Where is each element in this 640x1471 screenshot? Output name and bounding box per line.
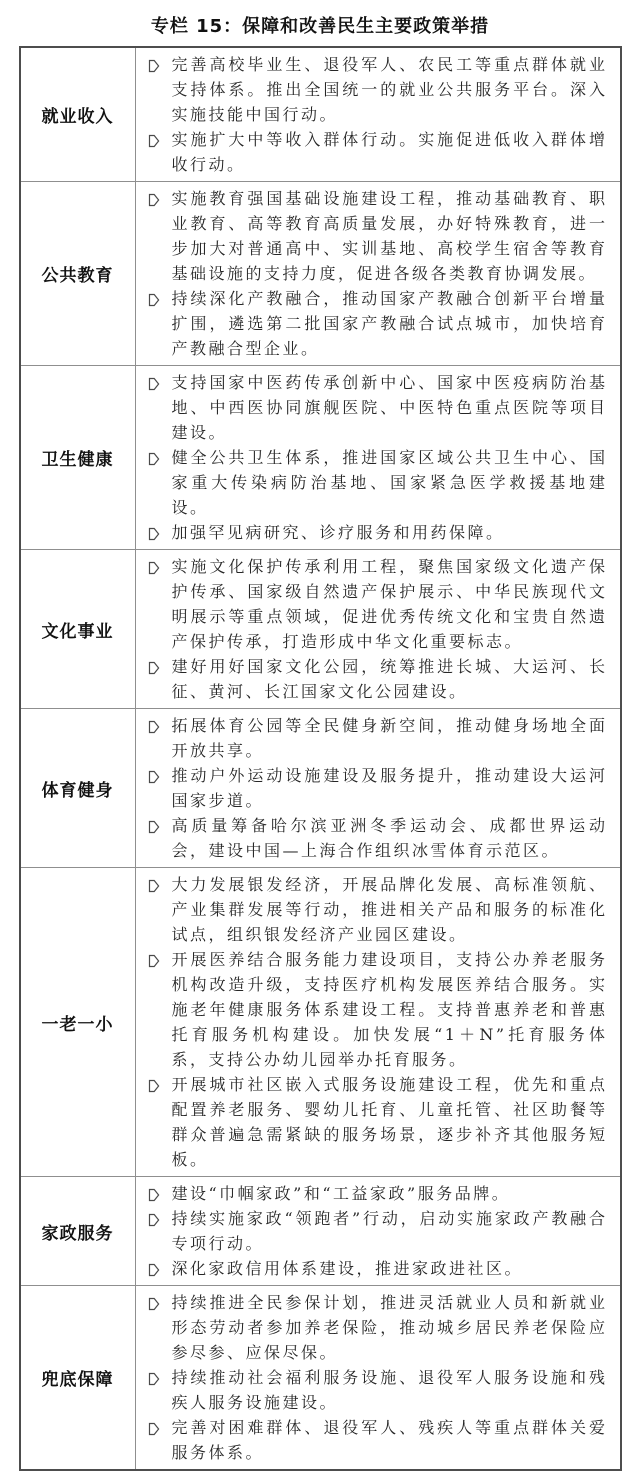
table-row: 公共教育 实施教育强国基础设施建设工程，推动基础教育、职业教育、高等教育高质量发… <box>20 182 621 366</box>
table-row: 兜底保障 持续推进全民参保计划，推进灵活就业人员和新就业形态劳动者参加养老保险，… <box>20 1286 621 1471</box>
arrow-bullet-icon <box>143 1290 172 1315</box>
policy-item: 开展城市社区嵌入式服务设施建设工程，优先和重点配置养老服务、婴幼儿托育、儿童托管… <box>143 1072 608 1172</box>
policy-item: 支持国家中医药传承创新中心、国家中医疫病防治基地、中西医协同旗舰医院、中医特色重… <box>143 370 608 445</box>
policy-item: 建好用好国家文化公园，统筹推进长城、大运河、长征、黄河、长江国家文化公园建设。 <box>143 654 608 704</box>
category-label: 文化事业 <box>42 622 114 642</box>
policy-item-text: 支持国家中医药传承创新中心、国家中医疫病防治基地、中西医协同旗舰医院、中医特色重… <box>172 370 608 445</box>
measures-cell: 持续推进全民参保计划，推进灵活就业人员和新就业形态劳动者参加养老保险，推动城乡居… <box>135 1286 621 1471</box>
arrow-bullet-icon <box>143 1206 172 1231</box>
policy-item: 实施文化保护传承利用工程，聚焦国家级文化遗产保护传承、国家级自然遗产保护展示、中… <box>143 554 608 654</box>
category-label: 一老一小 <box>42 1015 114 1035</box>
measures-cell: 完善高校毕业生、退役军人、农民工等重点群体就业支持体系。推出全国统一的就业公共服… <box>135 47 621 182</box>
measures-cell: 拓展体育公园等全民健身新空间，推动健身场地全面开放共享。 推动户外运动设施建设及… <box>135 709 621 868</box>
measures-cell: 建设“巾帼家政”和“工益家政”服务品牌。 持续实施家政“领跑者”行动，启动实施家… <box>135 1177 621 1286</box>
page-title: 专栏 15：保障和改善民生主要政策举措 <box>0 0 640 46</box>
policy-item-text: 建好用好国家文化公园，统筹推进长城、大运河、长征、黄河、长江国家文化公园建设。 <box>172 654 608 704</box>
arrow-bullet-icon <box>143 186 172 211</box>
arrow-bullet-icon <box>143 1181 172 1206</box>
arrow-bullet-icon <box>143 872 172 897</box>
arrow-bullet-icon <box>143 445 172 470</box>
category-cell: 一老一小 <box>20 868 136 1177</box>
category-label: 家政服务 <box>42 1224 114 1244</box>
arrow-bullet-icon <box>143 1072 172 1097</box>
arrow-bullet-icon <box>143 370 172 395</box>
policy-item-text: 完善高校毕业生、退役军人、农民工等重点群体就业支持体系。推出全国统一的就业公共服… <box>172 52 608 127</box>
measures-cell: 大力发展银发经济，开展品牌化发展、高标准领航、产业集群发展等行动，推进相关产品和… <box>135 868 621 1177</box>
arrow-bullet-icon <box>143 127 172 152</box>
policy-table-body: 就业收入 完善高校毕业生、退役军人、农民工等重点群体就业支持体系。推出全国统一的… <box>20 47 621 1470</box>
category-label: 公共教育 <box>42 266 114 286</box>
policy-item-text: 实施教育强国基础设施建设工程，推动基础教育、职业教育、高等教育高质量发展，办好特… <box>172 186 608 286</box>
policy-item: 高质量筹备哈尔滨亚洲冬季运动会、成都世界运动会，建设中国—上海合作组织冰雪体育示… <box>143 813 608 863</box>
arrow-bullet-icon <box>143 554 172 579</box>
policy-item: 持续推进全民参保计划，推进灵活就业人员和新就业形态劳动者参加养老保险，推动城乡居… <box>143 1290 608 1365</box>
policy-item: 深化家政信用体系建设，推进家政进社区。 <box>143 1256 608 1281</box>
policy-item-text: 完善对困难群体、退役军人、残疾人等重点群体关爱服务体系。 <box>172 1415 608 1465</box>
policy-item-text: 持续实施家政“领跑者”行动，启动实施家政产教融合专项行动。 <box>172 1206 608 1256</box>
policy-item-text: 推动户外运动设施建设及服务提升，推动建设大运河国家步道。 <box>172 763 608 813</box>
policy-item-text: 持续推动社会福利服务设施、退役军人服务设施和残疾人服务设施建设。 <box>172 1365 608 1415</box>
policy-item: 实施教育强国基础设施建设工程，推动基础教育、职业教育、高等教育高质量发展，办好特… <box>143 186 608 286</box>
category-cell: 文化事业 <box>20 550 136 709</box>
table-row: 卫生健康 支持国家中医药传承创新中心、国家中医疫病防治基地、中西医协同旗舰医院、… <box>20 366 621 550</box>
arrow-bullet-icon <box>143 52 172 77</box>
table-row: 就业收入 完善高校毕业生、退役军人、农民工等重点群体就业支持体系。推出全国统一的… <box>20 47 621 182</box>
policy-item-text: 实施扩大中等收入群体行动。实施促进低收入群体增收行动。 <box>172 127 608 177</box>
table-row: 家政服务 建设“巾帼家政”和“工益家政”服务品牌。 持续实施家政“领跑者”行动，… <box>20 1177 621 1286</box>
policy-item-text: 高质量筹备哈尔滨亚洲冬季运动会、成都世界运动会，建设中国—上海合作组织冰雪体育示… <box>172 813 608 863</box>
arrow-bullet-icon <box>143 654 172 679</box>
category-cell: 兜底保障 <box>20 1286 136 1471</box>
arrow-bullet-icon <box>143 1256 172 1281</box>
category-cell: 家政服务 <box>20 1177 136 1286</box>
table-row: 一老一小 大力发展银发经济，开展品牌化发展、高标准领航、产业集群发展等行动，推进… <box>20 868 621 1177</box>
table-row: 文化事业 实施文化保护传承利用工程，聚焦国家级文化遗产保护传承、国家级自然遗产保… <box>20 550 621 709</box>
policy-item-text: 加强罕见病研究、诊疗服务和用药保障。 <box>172 520 608 545</box>
policy-item: 完善高校毕业生、退役军人、农民工等重点群体就业支持体系。推出全国统一的就业公共服… <box>143 52 608 127</box>
policy-table: 就业收入 完善高校毕业生、退役军人、农民工等重点群体就业支持体系。推出全国统一的… <box>19 46 622 1471</box>
policy-item-text: 持续推进全民参保计划，推进灵活就业人员和新就业形态劳动者参加养老保险，推动城乡居… <box>172 1290 608 1365</box>
policy-item: 大力发展银发经济，开展品牌化发展、高标准领航、产业集群发展等行动，推进相关产品和… <box>143 872 608 947</box>
policy-item: 建设“巾帼家政”和“工益家政”服务品牌。 <box>143 1181 608 1206</box>
arrow-bullet-icon <box>143 763 172 788</box>
category-cell: 就业收入 <box>20 47 136 182</box>
measures-cell: 支持国家中医药传承创新中心、国家中医疫病防治基地、中西医协同旗舰医院、中医特色重… <box>135 366 621 550</box>
policy-item-text: 开展城市社区嵌入式服务设施建设工程，优先和重点配置养老服务、婴幼儿托育、儿童托管… <box>172 1072 608 1172</box>
policy-item-text: 开展医养结合服务能力建设项目，支持公办养老服务机构改造升级，支持医疗机构发展医养… <box>172 947 608 1072</box>
arrow-bullet-icon <box>143 520 172 545</box>
category-label: 就业收入 <box>42 107 114 127</box>
policy-item: 持续推动社会福利服务设施、退役军人服务设施和残疾人服务设施建设。 <box>143 1365 608 1415</box>
measures-cell: 实施文化保护传承利用工程，聚焦国家级文化遗产保护传承、国家级自然遗产保护展示、中… <box>135 550 621 709</box>
policy-item-text: 持续深化产教融合，推动国家产教融合创新平台增量扩围，遴选第二批国家产教融合试点城… <box>172 286 608 361</box>
category-label: 卫生健康 <box>42 450 114 470</box>
policy-item: 健全公共卫生体系，推进国家区域公共卫生中心、国家重大传染病防治基地、国家紧急医学… <box>143 445 608 520</box>
category-cell: 卫生健康 <box>20 366 136 550</box>
category-label: 兜底保障 <box>42 1370 114 1390</box>
policy-item: 开展医养结合服务能力建设项目，支持公办养老服务机构改造升级，支持医疗机构发展医养… <box>143 947 608 1072</box>
category-cell: 公共教育 <box>20 182 136 366</box>
policy-item-text: 深化家政信用体系建设，推进家政进社区。 <box>172 1256 608 1281</box>
policy-item: 推动户外运动设施建设及服务提升，推动建设大运河国家步道。 <box>143 763 608 813</box>
policy-item: 完善对困难群体、退役军人、残疾人等重点群体关爱服务体系。 <box>143 1415 608 1465</box>
arrow-bullet-icon <box>143 813 172 838</box>
policy-item-text: 实施文化保护传承利用工程，聚焦国家级文化遗产保护传承、国家级自然遗产保护展示、中… <box>172 554 608 654</box>
policy-item-text: 拓展体育公园等全民健身新空间，推动健身场地全面开放共享。 <box>172 713 608 763</box>
category-cell: 体育健身 <box>20 709 136 868</box>
policy-item-text: 建设“巾帼家政”和“工益家政”服务品牌。 <box>172 1181 608 1206</box>
category-label: 体育健身 <box>42 781 114 801</box>
policy-item: 加强罕见病研究、诊疗服务和用药保障。 <box>143 520 608 545</box>
policy-item: 实施扩大中等收入群体行动。实施促进低收入群体增收行动。 <box>143 127 608 177</box>
policy-item-text: 健全公共卫生体系，推进国家区域公共卫生中心、国家重大传染病防治基地、国家紧急医学… <box>172 445 608 520</box>
arrow-bullet-icon <box>143 1365 172 1390</box>
arrow-bullet-icon <box>143 1415 172 1440</box>
measures-cell: 实施教育强国基础设施建设工程，推动基础教育、职业教育、高等教育高质量发展，办好特… <box>135 182 621 366</box>
arrow-bullet-icon <box>143 713 172 738</box>
policy-item: 持续实施家政“领跑者”行动，启动实施家政产教融合专项行动。 <box>143 1206 608 1256</box>
arrow-bullet-icon <box>143 286 172 311</box>
policy-item: 持续深化产教融合，推动国家产教融合创新平台增量扩围，遴选第二批国家产教融合试点城… <box>143 286 608 361</box>
table-row: 体育健身 拓展体育公园等全民健身新空间，推动健身场地全面开放共享。 推动户外运动… <box>20 709 621 868</box>
policy-item: 拓展体育公园等全民健身新空间，推动健身场地全面开放共享。 <box>143 713 608 763</box>
arrow-bullet-icon <box>143 947 172 972</box>
policy-item-text: 大力发展银发经济，开展品牌化发展、高标准领航、产业集群发展等行动，推进相关产品和… <box>172 872 608 947</box>
